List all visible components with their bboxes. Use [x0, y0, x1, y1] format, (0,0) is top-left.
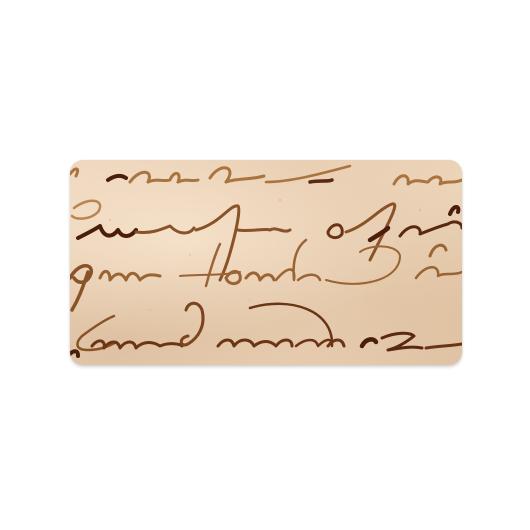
address-label — [70, 160, 462, 365]
handwriting-script — [70, 160, 462, 365]
script-line-4 — [70, 303, 462, 356]
script-line-3 — [70, 240, 462, 310]
script-line-2 — [72, 201, 462, 280]
script-line-1 — [70, 166, 462, 184]
